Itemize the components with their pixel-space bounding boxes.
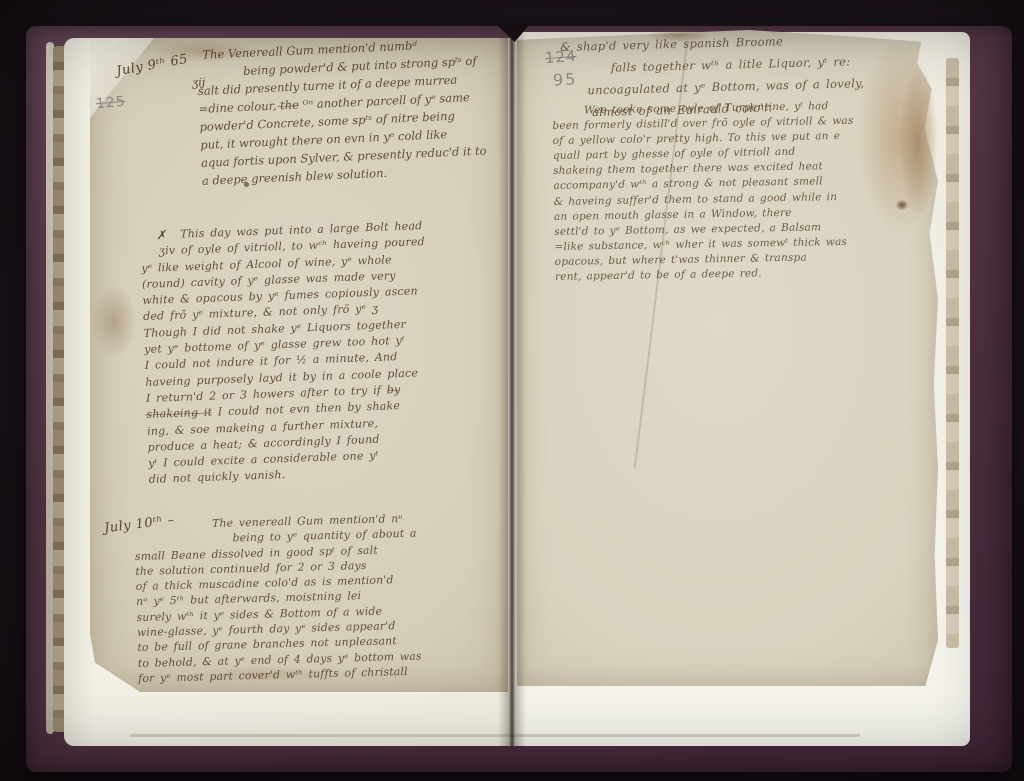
album-page-step-edge [130,734,860,737]
manuscript-photo: July 9ᵗʰ 65 125 ʒij The Venereall Gum me… [0,0,1024,781]
gutter-shadow [498,30,526,746]
stain [92,285,136,357]
page-edge-stack-right [946,58,959,648]
pencil-folio-left: 125 [95,94,126,113]
entry3-text: The venereall Gum mention'd nᵘbeing to y… [134,511,422,687]
ink-blot [896,200,908,210]
right-para2-text: Wee tooke some oyle of Turpentine, yᵗ ha… [552,99,856,285]
water-stain [900,70,936,215]
entry1-text: The Venereall Gum mention'd numbᵈbeing p… [196,34,488,190]
entry2-text: This day was put into a large Bolt headʒ… [140,218,433,489]
